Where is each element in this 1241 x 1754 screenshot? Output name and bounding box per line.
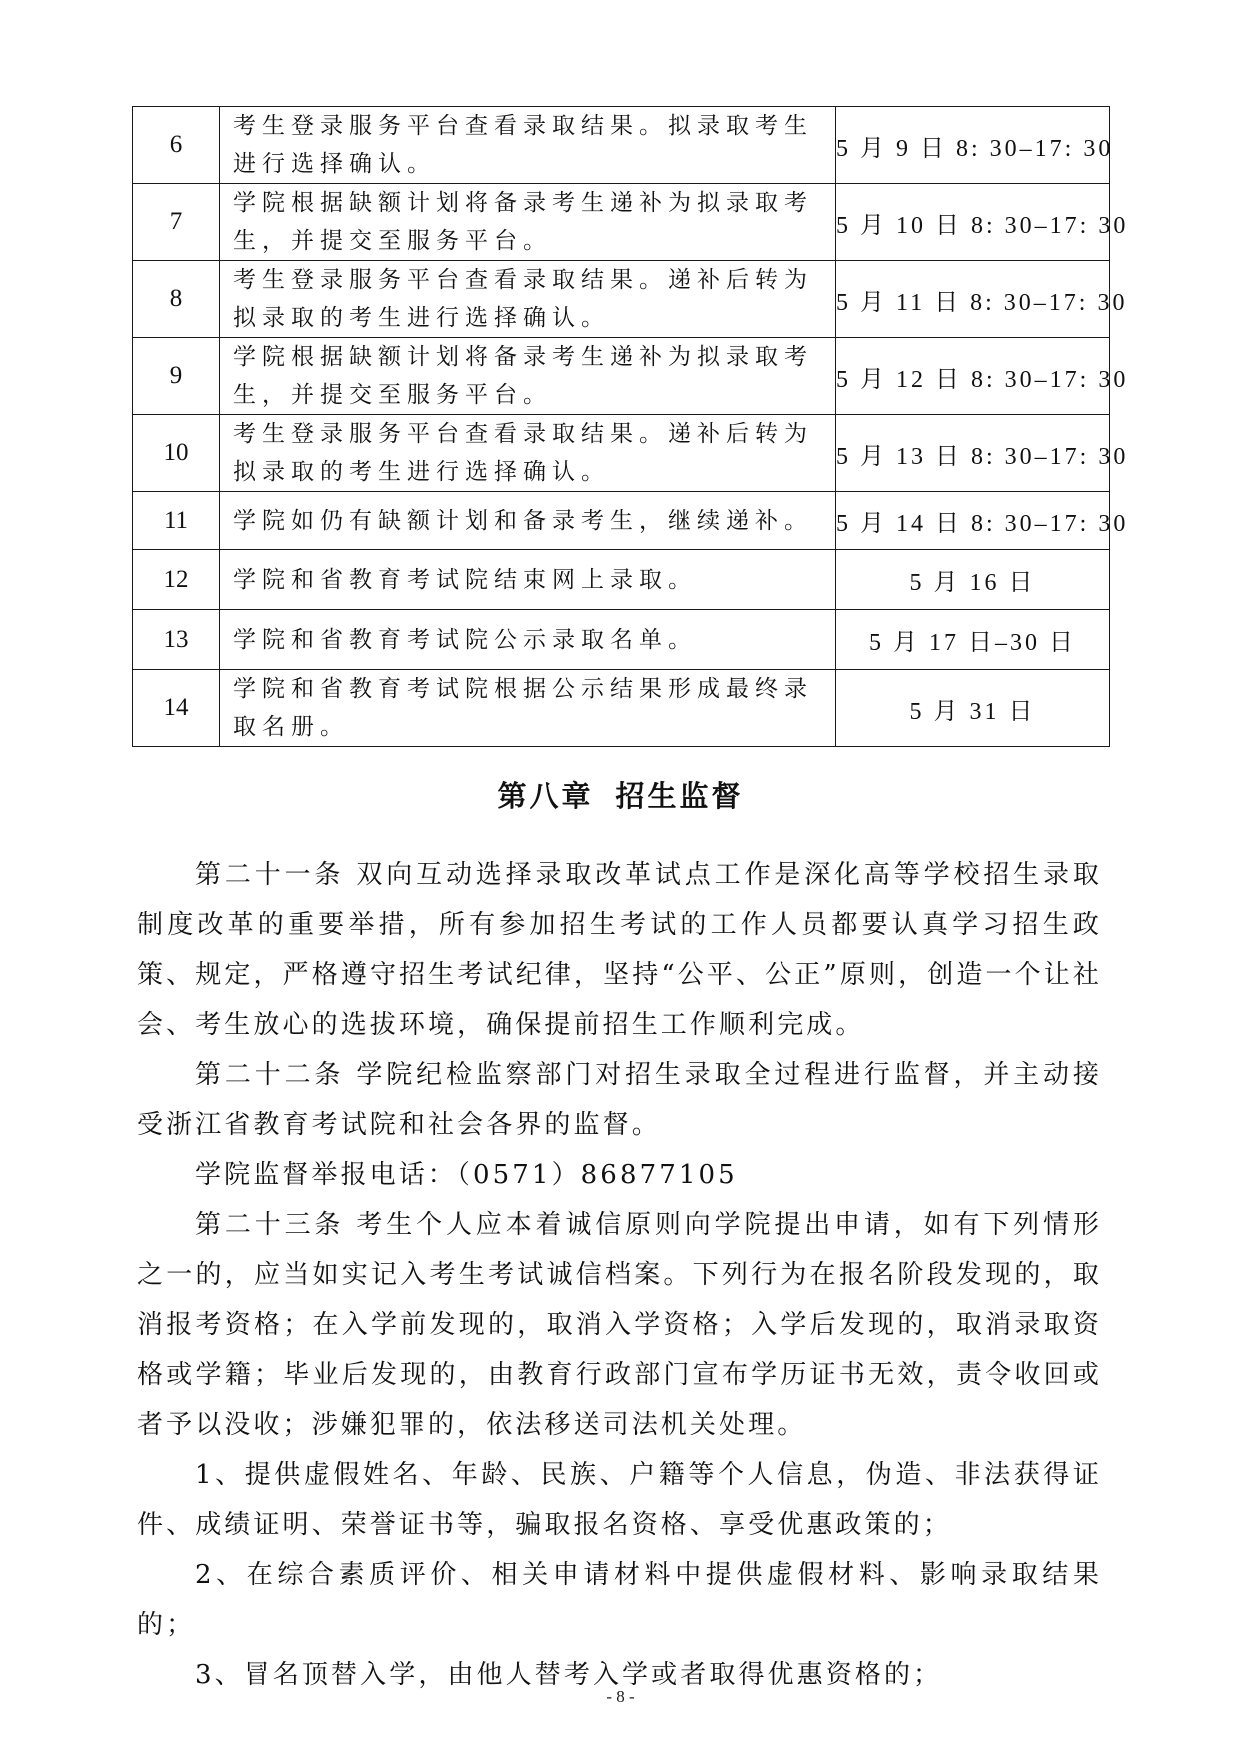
step-number: 12 xyxy=(133,550,220,610)
step-time: 5 月 31 日 xyxy=(836,670,1110,747)
document-page: 6 考生登录服务平台查看录取结果。拟录取考生进行选择确认。 5 月 9 日 8:… xyxy=(0,0,1241,1754)
table-row: 11 学院如仍有缺额计划和备录考生，继续递补。 5 月 14 日 8: 30–1… xyxy=(133,492,1110,550)
step-description: 学院和省教育考试院结束网上录取。 xyxy=(220,550,836,610)
step-time: 5 月 13 日 8: 30–17: 30 xyxy=(836,415,1110,492)
step-number: 8 xyxy=(133,261,220,338)
step-description: 学院根据缺额计划将备录考生递补为拟录取考生，并提交至服务平台。 xyxy=(220,184,836,261)
article-22-paragraph: 第二十二条 学院纪检监察部门对招生录取全过程进行监督，并主动接受浙江省教育考试院… xyxy=(137,1050,1102,1150)
page-number: - 8 - xyxy=(0,1687,1241,1707)
list-item: 2、在综合素质评价、相关申请材料中提供虚假材料、影响录取结果的； xyxy=(137,1550,1102,1650)
table-row: 12 学院和省教育考试院结束网上录取。 5 月 16 日 xyxy=(133,550,1110,610)
article-21-paragraph: 第二十一条 双向互动选择录取改革试点工作是深化高等学校招生录取制度改革的重要举措… xyxy=(137,850,1102,1050)
step-number: 13 xyxy=(133,610,220,670)
step-description: 学院如仍有缺额计划和备录考生，继续递补。 xyxy=(220,492,836,550)
table-row: 10 考生登录服务平台查看录取结果。递补后转为拟录取的考生进行选择确认。 5 月… xyxy=(133,415,1110,492)
step-time: 5 月 14 日 8: 30–17: 30 xyxy=(836,492,1110,550)
step-number: 6 xyxy=(133,107,220,184)
step-time: 5 月 11 日 8: 30–17: 30 xyxy=(836,261,1110,338)
table-row: 8 考生登录服务平台查看录取结果。递补后转为拟录取的考生进行选择确认。 5 月 … xyxy=(133,261,1110,338)
chapter-body: 第二十一条 双向互动选择录取改革试点工作是深化高等学校招生录取制度改革的重要举措… xyxy=(137,850,1102,1700)
step-time: 5 月 17 日–30 日 xyxy=(836,610,1110,670)
article-23-paragraph: 第二十三条 考生个人应本着诚信原则向学院提出申请，如有下列情形之一的，应当如实记… xyxy=(137,1200,1102,1450)
step-description: 考生登录服务平台查看录取结果。递补后转为拟录取的考生进行选择确认。 xyxy=(220,261,836,338)
step-number: 14 xyxy=(133,670,220,747)
admission-schedule-table: 6 考生登录服务平台查看录取结果。拟录取考生进行选择确认。 5 月 9 日 8:… xyxy=(132,106,1110,747)
list-item: 1、提供虚假姓名、年龄、民族、户籍等个人信息，伪造、非法获得证件、成绩证明、荣誉… xyxy=(137,1450,1102,1550)
step-description: 学院和省教育考试院根据公示结果形成最终录取名册。 xyxy=(220,670,836,747)
step-number: 10 xyxy=(133,415,220,492)
table-row: 13 学院和省教育考试院公示录取名单。 5 月 17 日–30 日 xyxy=(133,610,1110,670)
step-time: 5 月 12 日 8: 30–17: 30 xyxy=(836,338,1110,415)
table-row: 7 学院根据缺额计划将备录考生递补为拟录取考生，并提交至服务平台。 5 月 10… xyxy=(133,184,1110,261)
table-row: 6 考生登录服务平台查看录取结果。拟录取考生进行选择确认。 5 月 9 日 8:… xyxy=(133,107,1110,184)
step-time: 5 月 10 日 8: 30–17: 30 xyxy=(836,184,1110,261)
step-time: 5 月 9 日 8: 30–17: 30 xyxy=(836,107,1110,184)
chapter-number: 第八章 xyxy=(497,779,593,813)
report-hotline-paragraph: 学院监督举报电话：（0571）86877105 xyxy=(137,1150,1102,1200)
step-description: 考生登录服务平台查看录取结果。拟录取考生进行选择确认。 xyxy=(220,107,836,184)
step-time: 5 月 16 日 xyxy=(836,550,1110,610)
table-row: 9 学院根据缺额计划将备录考生递补为拟录取考生，并提交至服务平台。 5 月 12… xyxy=(133,338,1110,415)
chapter-title-text: 招生监督 xyxy=(616,779,744,813)
table-row: 14 学院和省教育考试院根据公示结果形成最终录取名册。 5 月 31 日 xyxy=(133,670,1110,747)
step-number: 7 xyxy=(133,184,220,261)
step-number: 9 xyxy=(133,338,220,415)
step-description: 学院根据缺额计划将备录考生递补为拟录取考生，并提交至服务平台。 xyxy=(220,338,836,415)
step-description: 考生登录服务平台查看录取结果。递补后转为拟录取的考生进行选择确认。 xyxy=(220,415,836,492)
chapter-heading: 第八章招生监督 xyxy=(0,776,1241,816)
step-description: 学院和省教育考试院公示录取名单。 xyxy=(220,610,836,670)
step-number: 11 xyxy=(133,492,220,550)
